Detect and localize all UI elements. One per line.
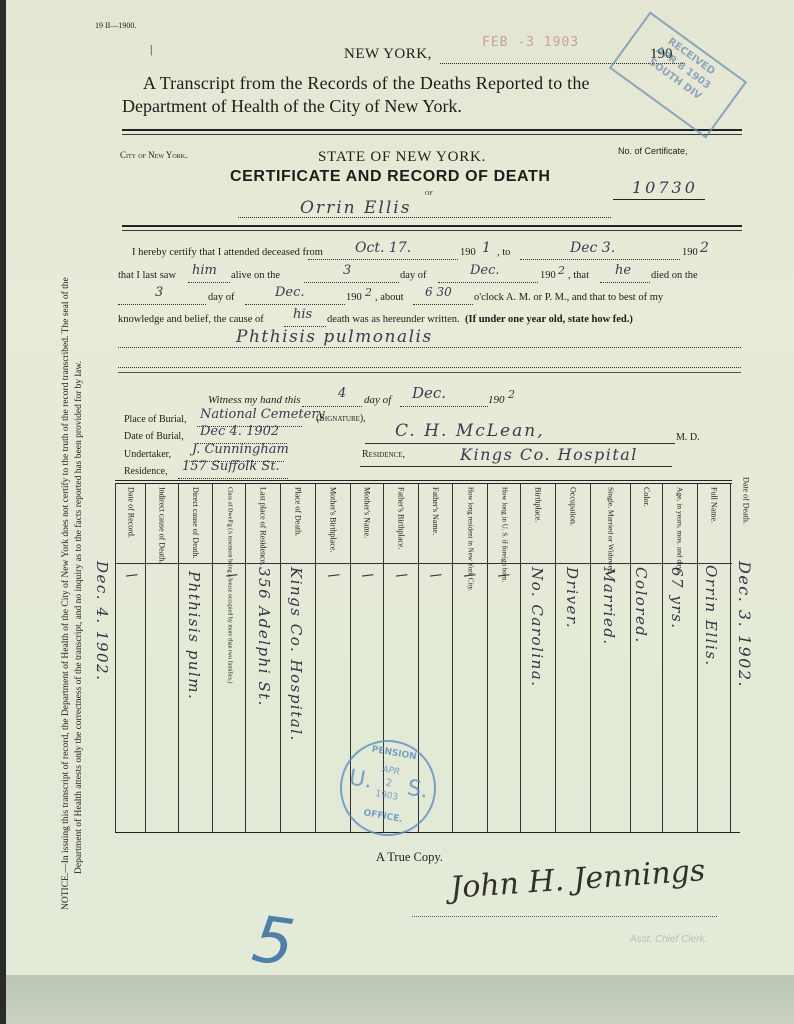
field-line [118,367,741,368]
witness-text: day of [364,394,391,406]
column-header-date-of-record: Date of Record. [118,487,144,561]
header-rule [122,129,742,135]
column-header-mothers-name: Mother's Name. [353,487,381,561]
attest-text: I hereby certify that I attended decease… [132,247,323,258]
witness-month: Dec. [412,384,446,402]
field-line [188,282,230,283]
cell-last-residence: 356 Adelphi St. [255,567,273,707]
table-top-rule [115,480,732,484]
attest-text: day of [400,270,427,281]
cell-date-of-death: Dec. 3. 1902. [735,561,754,688]
column-header-class-of-dwelling: Class of Dwell'g (A tenement being a hou… [214,487,244,561]
location-label: NEW YORK, [344,46,432,63]
last-saw-year: 2 [558,264,565,277]
column-divider [697,483,698,833]
field-line [118,304,206,305]
died-pronoun: he [615,263,631,278]
state-label: STATE OF NEW YORK. [318,149,486,166]
cell-full-name: Orrin Ellis. [702,565,720,667]
column-header-direct-cause: Direct cause of Death. [181,487,210,561]
cell-nyc-residence: \ [461,573,477,579]
certificate-number: 10730 [632,178,698,197]
notice-line1: NOTICE.—In issuing this transcript of re… [60,277,73,910]
undertaker-name: J. Cunningham [192,442,289,457]
field-line [600,282,650,283]
column-divider [520,483,521,833]
column-header-date-of-death: Date of Death. [733,477,759,551]
column-header-marital-status: Single, Married or Widowed. [593,487,628,561]
cell-color: Colored. [632,567,650,644]
table-bottom-rule [115,832,740,833]
column-header-age: Age, in years, mos. and days. [664,487,695,561]
of-label: OF [425,191,433,197]
death-month: Dec. [275,285,305,300]
burial-date-label: Date of Burial, [124,431,184,442]
physician-signature: C. H. McLean, [395,421,545,441]
true-copy-label: A True Copy. [376,850,443,865]
year-prefix: 190 [346,292,362,303]
column-header-place-of-death: Place of Death. [283,487,313,561]
death-time: 6 30 [425,285,452,299]
column-divider [280,483,281,833]
cell-mothers-name: \ [359,573,375,579]
tick-mark: | [150,42,152,57]
attest-text: day of [208,292,235,303]
cell-place-of-death: Kings Co. Hospital. [287,567,305,742]
attest-text: died on the [651,270,698,281]
cell-fathers-name: \ [427,573,443,579]
column-header-fathers-birthplace: Father's Birthplace. [386,487,416,561]
column-divider [115,483,116,833]
transcript-title-line1: A Transcript from the Records of the Dea… [143,73,590,94]
attended-to-date: Dec 3. [570,240,615,256]
year-prefix: 190 [460,247,476,258]
form-id: 19 II—1900. [95,21,136,30]
header-rule [115,563,732,564]
last-saw-month: Dec. [470,263,500,278]
cause-of-death: Phthisis pulmonalis [236,327,433,347]
cell-fathers-birthplace: \ [393,573,409,579]
death-day: 3 [155,285,163,300]
column-header-last-residence: Last place of Residence. [248,487,278,561]
column-divider [145,483,146,833]
burial-place: National Cemetery [200,407,325,422]
transcript-title-line2: Department of Health of the City of New … [122,96,462,117]
residence-line [360,466,672,467]
signature-line [365,443,675,444]
to-label: , to [497,247,510,258]
attended-from-date: Oct. 17. [355,240,411,256]
notice-line2: Department of Health attests only the co… [73,277,86,910]
column-divider [452,483,453,833]
cell-occupation: Driver. [563,567,581,629]
attended-to-year: 2 [700,240,709,256]
undertaker-residence-label: Residence, [124,466,168,477]
cell-age: 67 yrs. [668,567,686,629]
year-prefix: 190 [540,270,556,281]
column-divider [178,483,179,833]
cell-direct-cause: Phthisis pulm. [185,571,203,700]
column-divider [590,483,591,833]
column-header-color: Color. [633,487,660,561]
field-line [438,282,538,283]
column-divider [630,483,631,833]
physician-residence-label: Residence, [362,449,405,460]
witness-text: Witness my hand this [208,394,301,406]
cell-birthplace: No. Carolina. [528,567,546,688]
undertaker-label: Undertaker, [124,449,171,460]
cause-pronoun: his [293,307,312,322]
cell-indirect-cause: \ [123,573,139,579]
attest-text: knowledge and belief, the cause of [118,314,264,325]
column-divider [730,483,731,833]
clerk-title: Asst. Chief Clerk. [630,934,707,945]
field-line [178,478,288,479]
scan-background [6,975,794,1024]
section-rule [118,372,741,373]
name-line [238,217,611,218]
field-line [413,304,473,305]
certificate-number-label: No. of Certificate, [618,146,688,156]
column-header-full-name: Full Name. [700,487,728,561]
last-saw-pronoun: him [192,263,217,278]
certificate-title: CERTIFICATE AND RECORD OF DEATH [230,168,551,186]
attest-text: alive on the [231,270,280,281]
attended-from-year: 1 [482,240,491,256]
column-header-mothers-birthplace: Mother's Birthplace. [318,487,348,561]
column-header-birthplace: Birthplace. [523,487,553,561]
field-line [304,282,399,283]
notice-text: NOTICE.—In issuing this transcript of re… [60,277,86,910]
attest-text: death was as hereunder written. [327,314,460,325]
field-line [245,304,345,305]
physician-residence: Kings Co. Hospital [460,445,638,464]
column-header-indirect-cause: Indirect cause of Death. [148,487,176,561]
burial-place-label: Place of Burial, [124,414,186,425]
cell-us-residence: \ [495,573,511,579]
clerk-signature-line [412,916,717,917]
field-line [308,259,458,260]
date-stamp: FEB -3 1903 [482,35,579,50]
stamp-text: S. [405,776,430,804]
infant-note: (If under one year old, state how fed.) [465,314,633,325]
attest-text: o'clock A. M. or P. M., and that to best… [474,292,663,303]
column-header-fathers-name: Father's Name. [421,487,450,561]
cell-date-of-record: Dec. 4. 1902. [93,561,111,681]
last-saw-day: 3 [343,263,351,278]
column-header-occupation: Occupation. [558,487,588,561]
attest-text: , that [568,270,589,281]
witness-day: 4 [338,386,346,401]
md-suffix: M. D. [676,432,700,443]
attest-text: , about [375,292,404,303]
year-prefix: 190 [682,247,698,258]
column-divider [212,483,213,833]
cell-marital-status: Married. [600,567,618,646]
witness-year: 2 [508,388,515,401]
column-header-us-residence: How long in U. S. if foreign born. [489,487,518,561]
cell-class-of-dwelling: \ [223,573,239,579]
decedent-name: Orrin Ellis [300,198,411,218]
column-divider [662,483,663,833]
undertaker-residence: 157 Suffolk St. [182,459,280,474]
column-header-nyc-residence: How long resident in New York City. [454,487,485,561]
field-line [118,347,741,348]
burial-date: Dec 4. 1902 [200,424,279,439]
field-line [400,406,488,407]
section-rule [122,225,742,231]
column-divider [555,483,556,833]
certificate-number-line [613,199,705,200]
field-line [520,259,680,260]
column-divider [245,483,246,833]
column-divider [487,483,488,833]
year-prefix: 190 [488,394,505,406]
cell-mothers-birthplace: \ [325,573,341,579]
signature-label: (Signature), [316,413,366,424]
death-year: 2 [365,286,372,299]
city-label: City of New York. [120,150,187,160]
column-divider [315,483,316,833]
attest-text: that I last saw [118,270,176,281]
